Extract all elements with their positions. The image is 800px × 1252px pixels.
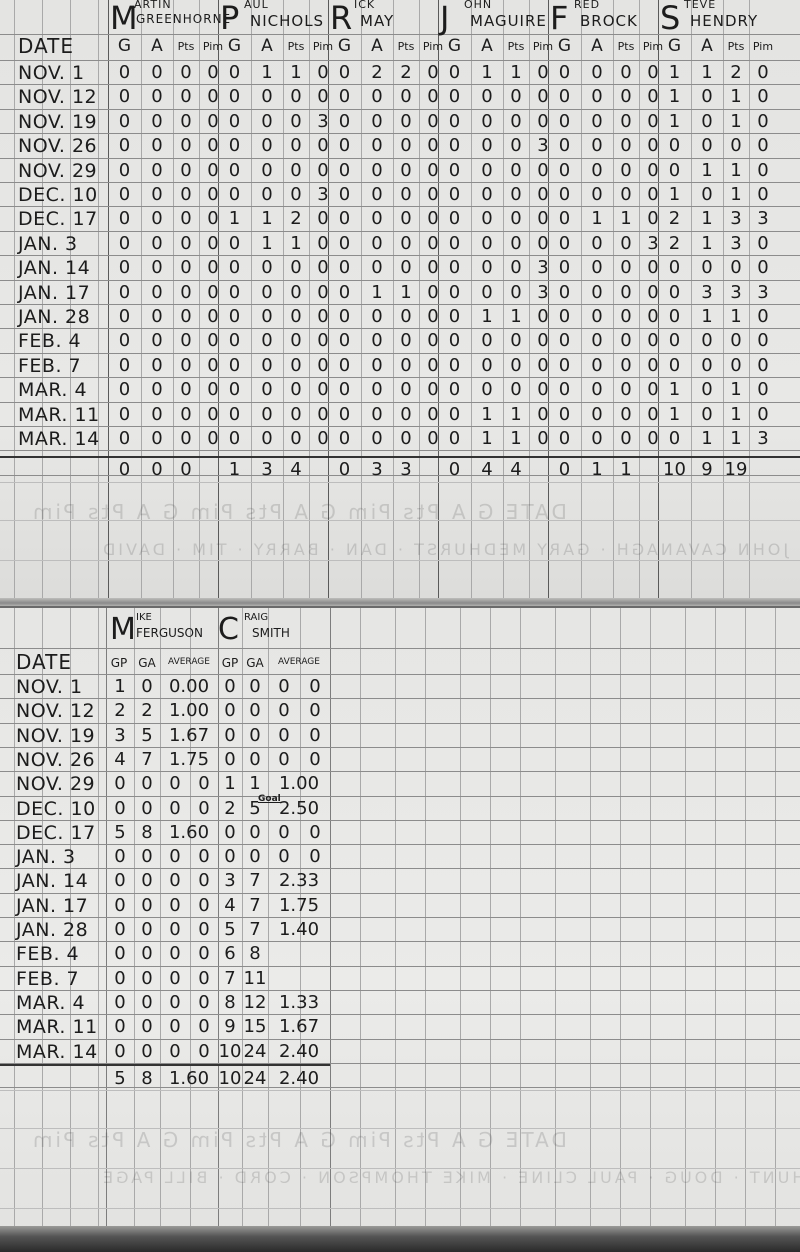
goalie-stat-cell: 0 — [190, 869, 218, 893]
stat-cell: 0 — [108, 159, 141, 183]
goalie-game-row: MAR. 1100009151.67 — [0, 1015, 340, 1039]
stat-cell: 0 — [361, 232, 393, 256]
stat-cell: 0 — [548, 207, 581, 231]
goalie-stat-cell: 7 — [242, 894, 268, 918]
stat-cell: 0 — [749, 61, 777, 85]
stat-cell: 0 — [749, 183, 777, 207]
goalie-game-row: MAR. 400008121.33 — [0, 991, 340, 1015]
game-date: JAN. 3 — [16, 845, 76, 869]
stat-cell: 0 — [328, 232, 361, 256]
goalie-stat-cell: 1.00 — [268, 772, 330, 796]
stat-cell: 1 — [723, 305, 749, 329]
stat-cell: 0 — [691, 378, 723, 402]
goalie-stat-cell: 0 — [190, 1040, 218, 1064]
stat-cell: 0 — [173, 305, 199, 329]
game-row: JAN. 28000000000000011000000110 — [0, 305, 800, 329]
stat-cell: 0 — [393, 305, 419, 329]
stat-cell: 1 — [691, 159, 723, 183]
stat-cell: 0 — [691, 329, 723, 353]
goalie-stat-cell: 1.33 — [268, 991, 330, 1015]
goalie-stat-cell: 0 — [106, 894, 134, 918]
game-row: FEB. 7000000000000000000000000 — [0, 354, 800, 378]
stat-cell: 2 — [361, 61, 393, 85]
total-cell: 4 — [503, 455, 529, 485]
goalie-stat-cell: 0 — [134, 967, 160, 991]
stat-header-pim: Pim — [749, 40, 777, 53]
stat-cell: 3 — [723, 232, 749, 256]
stat-cell: 0 — [723, 329, 749, 353]
game-row: NOV. 1000001100220011000001120 — [0, 61, 800, 85]
stat-header-g: G — [218, 36, 251, 56]
stat-cell: 0 — [108, 207, 141, 231]
stat-header-g: G — [658, 36, 691, 56]
game-date: NOV. 29 — [18, 159, 97, 183]
stat-header-g: G — [108, 36, 141, 56]
goalie-stat-cell: 0 — [160, 894, 190, 918]
goalie-stat-cell: 0 — [190, 991, 218, 1015]
goalie-stat-cell: 6 — [218, 942, 242, 966]
total-cell: 1 — [613, 455, 639, 485]
stat-cell: 0 — [361, 207, 393, 231]
stat-cell: 0 — [581, 85, 613, 109]
stat-cell: 1 — [581, 207, 613, 231]
stat-cell: 0 — [328, 256, 361, 280]
stat-cell: 0 — [173, 134, 199, 158]
game-date: FEB. 4 — [16, 942, 79, 966]
stat-cell: 0 — [613, 183, 639, 207]
stat-header-g: G — [438, 36, 471, 56]
game-row: JAN. 14000000000000000300000000 — [0, 256, 800, 280]
stat-cell: 0 — [613, 354, 639, 378]
stat-cell: 0 — [658, 305, 691, 329]
total-cell: 1 — [218, 455, 251, 485]
goalie-stat-cell: 0 — [190, 1015, 218, 1039]
game-date: NOV. 1 — [16, 675, 83, 699]
stat-cell: 0 — [723, 354, 749, 378]
stat-cell: 0 — [251, 403, 283, 427]
player-last-name: MAY — [360, 12, 394, 30]
stat-cell: 0 — [283, 110, 309, 134]
stat-cell: 0 — [141, 110, 173, 134]
stat-cell: 1 — [658, 183, 691, 207]
game-date: NOV. 19 — [18, 110, 97, 134]
goalie-stat-cell: 9 — [218, 1015, 242, 1039]
goalie-stat-cell: 0 — [300, 699, 330, 723]
stat-cell: 0 — [328, 134, 361, 158]
goalie-total-cell: 10 — [218, 1064, 242, 1094]
stat-cell: 0 — [749, 305, 777, 329]
stat-cell: 0 — [283, 281, 309, 305]
stat-cell: 0 — [658, 134, 691, 158]
stat-cell: 0 — [361, 354, 393, 378]
stat-cell: 1 — [658, 378, 691, 402]
player-name-maguire: JOHNMAGUIRE — [440, 0, 548, 34]
stat-cell: 0 — [328, 378, 361, 402]
stat-cell: 0 — [283, 159, 309, 183]
stat-cell: 0 — [173, 427, 199, 451]
game-row: NOV. 12000000000000000000001010 — [0, 85, 800, 109]
stat-cell: 0 — [283, 256, 309, 280]
goalie-stat-cell: 1.60 — [160, 821, 218, 845]
game-date: JAN. 3 — [18, 232, 78, 256]
stat-cell: 0 — [251, 427, 283, 451]
stat-cell: 0 — [613, 378, 639, 402]
stat-cell: 0 — [173, 159, 199, 183]
stat-cell: 0 — [749, 85, 777, 109]
goalie-stat-cell: 0 — [190, 967, 218, 991]
stat-header-pts: Pts — [173, 40, 199, 53]
total-cell: 0 — [141, 455, 173, 485]
stat-cell: 0 — [361, 378, 393, 402]
player-first-name: ICK — [354, 0, 375, 11]
goalie-stat-cell: 0 — [300, 675, 330, 699]
player-name-brock: FREDBROCK — [550, 0, 658, 34]
stat-cell: 1 — [723, 159, 749, 183]
goalie-stat-cell: 2 — [134, 699, 160, 723]
goalie-stat-cell: 0 — [160, 967, 190, 991]
goalie-stat-cell: 0 — [218, 748, 242, 772]
goalie-game-row: FEB. 4000068 — [0, 942, 340, 966]
goalie-stat-cell: 11 — [242, 967, 268, 991]
stat-cell: 0 — [283, 378, 309, 402]
stat-cell: 0 — [438, 281, 471, 305]
stat-cell: 0 — [658, 281, 691, 305]
stat-cell: 1 — [723, 110, 749, 134]
goalie-stat-cell: 0 — [268, 821, 300, 845]
header-gp: GP — [218, 656, 242, 670]
stat-cell: 0 — [173, 61, 199, 85]
goalie-stat-cell: 0 — [134, 1040, 160, 1064]
stat-cell: 0 — [361, 183, 393, 207]
stat-cell: 0 — [141, 256, 173, 280]
stat-cell: 0 — [613, 110, 639, 134]
stat-cell: 0 — [438, 378, 471, 402]
stat-cell: 1 — [503, 61, 529, 85]
stat-cell: 0 — [438, 354, 471, 378]
stat-cell: 0 — [548, 110, 581, 134]
player-initial: F — [550, 2, 568, 34]
game-row: MAR. 4000000000000000000001010 — [0, 378, 800, 402]
goalie-stat-cell: 0 — [106, 991, 134, 1015]
game-date: MAR. 11 — [16, 1015, 98, 1039]
total-cell: 0 — [108, 455, 141, 485]
stat-cell: 0 — [393, 354, 419, 378]
goalie-stat-cell: 1 — [242, 772, 268, 796]
game-row: NOV. 26000000000000000300000000 — [0, 134, 800, 158]
stat-cell: 0 — [173, 256, 199, 280]
stat-cell: 0 — [581, 232, 613, 256]
stat-cell: 0 — [393, 329, 419, 353]
goalie-stat-cell: 0 — [106, 1040, 134, 1064]
stat-cell: 0 — [471, 159, 503, 183]
goalie-game-row: NOV. 26471.750000 — [0, 748, 340, 772]
bleed-through-text: DATE G A Pts Pim G A Pts Pim G A Pts Pim — [30, 1128, 567, 1152]
goalie-initial: M — [110, 612, 136, 647]
goalie-game-row: JAN. 300000000 — [0, 845, 340, 869]
game-date: NOV. 12 — [18, 85, 97, 109]
stat-cell: 0 — [438, 61, 471, 85]
stat-cell: 0 — [283, 183, 309, 207]
stat-cell: 1 — [723, 403, 749, 427]
stat-cell: 0 — [581, 354, 613, 378]
goalie-stat-cell: 4 — [218, 894, 242, 918]
stat-cell: 0 — [548, 256, 581, 280]
stat-cell: 0 — [749, 403, 777, 427]
goalie-last-name: SMITH — [252, 626, 290, 640]
stat-cell: 1 — [723, 183, 749, 207]
stat-cell: 3 — [723, 281, 749, 305]
stat-cell: 0 — [503, 110, 529, 134]
goalie-stat-cell: 24 — [242, 1040, 268, 1064]
player-name-nichols: PAULNICHOLS — [220, 0, 328, 34]
stat-cell: 0 — [393, 110, 419, 134]
total-cell: 19 — [723, 455, 749, 485]
game-date: NOV. 26 — [18, 134, 97, 158]
stat-cell: 0 — [503, 354, 529, 378]
stat-cell: 0 — [548, 183, 581, 207]
stat-cell: 0 — [251, 256, 283, 280]
stat-cell: 0 — [218, 403, 251, 427]
stat-cell: 1 — [251, 232, 283, 256]
stat-cell: 0 — [361, 427, 393, 451]
stat-cell: 0 — [691, 134, 723, 158]
goalie-stat-cell: 0 — [160, 772, 190, 796]
stat-cell: 0 — [361, 329, 393, 353]
goalie-stat-cell: 1.67 — [268, 1015, 330, 1039]
goalie-stat-cell: 7 — [134, 748, 160, 772]
stat-cell: 0 — [173, 354, 199, 378]
stat-cell: 0 — [438, 232, 471, 256]
game-date: NOV. 19 — [16, 724, 95, 748]
stat-cell: 0 — [581, 427, 613, 451]
stat-cell: 0 — [471, 329, 503, 353]
stat-cell: 0 — [218, 378, 251, 402]
stat-cell: 0 — [503, 378, 529, 402]
goalie-stat-cell: 0 — [160, 845, 190, 869]
stat-cell: 0 — [749, 354, 777, 378]
player-name-hendry: STEVEHENDRY — [660, 0, 768, 34]
player-first-name: RED — [574, 0, 600, 11]
total-cell: 4 — [471, 455, 503, 485]
stat-cell: 0 — [438, 159, 471, 183]
goalie-stat-cell: 0 — [190, 918, 218, 942]
game-date: NOV. 29 — [16, 772, 95, 796]
goalie-stat-cell: 0 — [160, 1015, 190, 1039]
game-date: MAR. 4 — [16, 991, 85, 1015]
stat-cell: 0 — [548, 354, 581, 378]
goalie-stat-cell: 5 — [134, 724, 160, 748]
goalie-stat-cell: 1 — [218, 772, 242, 796]
goalie-stat-cell: 0 — [300, 845, 330, 869]
stat-cell: 3 — [723, 207, 749, 231]
goalie-stat-cell: 3 — [218, 869, 242, 893]
stat-cell: 0 — [328, 305, 361, 329]
goalie-stat-cell: 1 — [106, 675, 134, 699]
stat-cell: 1 — [691, 427, 723, 451]
stat-cell: 0 — [141, 183, 173, 207]
goalie-stat-cell: 0 — [242, 699, 268, 723]
goalie-stat-cell: 0 — [218, 845, 242, 869]
total-cell: 0 — [548, 455, 581, 485]
stat-cell: 0 — [141, 207, 173, 231]
total-cell: 3 — [251, 455, 283, 485]
stat-cell: 0 — [141, 305, 173, 329]
stat-cell: 0 — [361, 134, 393, 158]
stat-cell: 0 — [251, 134, 283, 158]
stat-cell: 0 — [581, 256, 613, 280]
stat-header-pts: Pts — [283, 40, 309, 53]
goalie-stat-cell: 2.50 — [268, 797, 330, 821]
stat-cell: 0 — [581, 378, 613, 402]
stat-cell: 0 — [218, 256, 251, 280]
total-cell: 3 — [361, 455, 393, 485]
goalie-totals-row: 581.6010242.40 — [0, 1064, 340, 1088]
stat-cell: 0 — [251, 85, 283, 109]
stat-header-a: A — [691, 36, 723, 56]
goalie-stat-cell: 0 — [106, 869, 134, 893]
stat-cell: 0 — [503, 134, 529, 158]
bleed-through-text: JOHN CAVANAGH · GARY MEDHURST · DAN · BA… — [100, 540, 788, 559]
goalie-stat-cell: 0 — [242, 845, 268, 869]
goalie-stat-cell: 0 — [160, 918, 190, 942]
stat-cell: 0 — [613, 281, 639, 305]
goalie-stat-cell: 0 — [106, 918, 134, 942]
stat-cell: 0 — [283, 427, 309, 451]
goalie-stat-cell: 0 — [268, 748, 300, 772]
stat-cell: 0 — [218, 305, 251, 329]
game-date: MAR. 11 — [18, 403, 100, 427]
stat-cell: 3 — [749, 207, 777, 231]
stat-cell: 0 — [141, 427, 173, 451]
game-date: JAN. 17 — [18, 281, 90, 305]
stat-cell: 0 — [548, 281, 581, 305]
stat-header-pts: Pts — [613, 40, 639, 53]
stat-cell: 0 — [548, 403, 581, 427]
stat-cell: 0 — [691, 403, 723, 427]
stat-cell: 0 — [548, 134, 581, 158]
goalie-stat-cell: 0 — [268, 675, 300, 699]
header-average: AVERAGE — [268, 657, 330, 667]
game-date: NOV. 1 — [18, 61, 85, 85]
stat-cell: 0 — [251, 305, 283, 329]
stat-cell: 0 — [393, 232, 419, 256]
goalie-stat-cell: 0 — [160, 991, 190, 1015]
stat-cell: 0 — [108, 378, 141, 402]
stat-cell: 0 — [691, 256, 723, 280]
stat-cell: 1 — [658, 85, 691, 109]
game-date: JAN. 28 — [18, 305, 90, 329]
player-initial: S — [660, 2, 680, 34]
goalie-stat-cell: 0 — [106, 772, 134, 796]
stat-cell: 0 — [361, 110, 393, 134]
stat-cell: 0 — [438, 110, 471, 134]
stat-cell: 0 — [141, 403, 173, 427]
game-date: MAR. 14 — [16, 1040, 98, 1064]
stat-header-pts: Pts — [393, 40, 419, 53]
game-date: MAR. 14 — [18, 427, 100, 451]
stat-cell: 0 — [503, 329, 529, 353]
goalie-game-row: DEC. 100000252.50 — [0, 797, 340, 821]
stat-header-a: A — [141, 36, 173, 56]
stat-cell: 0 — [173, 207, 199, 231]
stat-cell: 0 — [438, 134, 471, 158]
stat-cell: 0 — [581, 281, 613, 305]
stat-cell: 0 — [173, 85, 199, 109]
game-date: FEB. 7 — [16, 967, 79, 991]
stat-cell: 0 — [749, 256, 777, 280]
stat-cell: 1 — [658, 110, 691, 134]
stat-cell: 0 — [108, 329, 141, 353]
goalie-stat-cell: 2 — [106, 699, 134, 723]
goalie-stat-cell: 7 — [242, 869, 268, 893]
stat-cell: 1 — [503, 427, 529, 451]
stat-cell: 0 — [328, 85, 361, 109]
goalie-stat-cell: 0 — [242, 748, 268, 772]
stat-cell: 1 — [471, 427, 503, 451]
stat-cell: 0 — [471, 354, 503, 378]
skater-stats-page: DATE MARTINGREENHORNEPAULNICHOLSRICKMAYJ… — [0, 0, 800, 600]
stat-cell: 0 — [438, 85, 471, 109]
game-row: JAN. 3000001100000000000032130 — [0, 232, 800, 256]
goalie-stat-cell: 0 — [300, 748, 330, 772]
stat-cell: 0 — [108, 134, 141, 158]
game-row: FEB. 4000000000000000000000000 — [0, 329, 800, 353]
goalie-stat-cell: 0 — [160, 942, 190, 966]
player-first-name: AUL — [244, 0, 269, 11]
total-cell: 1 — [581, 455, 613, 485]
stat-cell: 1 — [691, 305, 723, 329]
stat-cell: 0 — [581, 134, 613, 158]
stat-cell: 0 — [438, 305, 471, 329]
stat-cell: 0 — [438, 329, 471, 353]
stat-header-a: A — [581, 36, 613, 56]
stat-cell: 0 — [251, 183, 283, 207]
bleed-through-text: BARRY HUNT · DOUG · PAUL CLINE · MIKE TH… — [100, 1168, 800, 1187]
goalie-stat-cell: 0 — [268, 699, 300, 723]
stat-cell: 2 — [393, 61, 419, 85]
stat-cell: 0 — [251, 281, 283, 305]
goalie-stat-cell: 0 — [160, 1040, 190, 1064]
stat-cell: 0 — [658, 159, 691, 183]
goalie-stat-cell: 0 — [106, 845, 134, 869]
stat-cell: 1 — [471, 61, 503, 85]
goalie-stat-cell: 0 — [134, 918, 160, 942]
stat-header-a: A — [251, 36, 283, 56]
stat-cell: 1 — [251, 61, 283, 85]
goalie-stat-cell: 12 — [242, 991, 268, 1015]
stat-cell: 0 — [503, 207, 529, 231]
goalie-game-row: NOV. 12221.000000 — [0, 699, 340, 723]
game-row: MAR. 14000000000000011000000113 — [0, 427, 800, 451]
goalie-stat-cell: 1.00 — [160, 699, 218, 723]
goalie-stat-cell: 4 — [106, 748, 134, 772]
stat-cell: 0 — [141, 354, 173, 378]
goalie-stat-cell: 0 — [300, 724, 330, 748]
stat-cell: 1 — [503, 403, 529, 427]
stat-cell: 0 — [173, 403, 199, 427]
stat-cell: 0 — [218, 183, 251, 207]
stat-cell: 0 — [613, 305, 639, 329]
stat-cell: 0 — [108, 256, 141, 280]
stat-cell: 0 — [218, 354, 251, 378]
stat-cell: 0 — [749, 110, 777, 134]
goalie-game-row: JAN. 140000372.33 — [0, 869, 340, 893]
stat-cell: 0 — [691, 354, 723, 378]
stat-cell: 0 — [723, 256, 749, 280]
stat-cell: 0 — [108, 354, 141, 378]
goalie-stat-cell: 0 — [134, 675, 160, 699]
stat-cell: 0 — [749, 232, 777, 256]
